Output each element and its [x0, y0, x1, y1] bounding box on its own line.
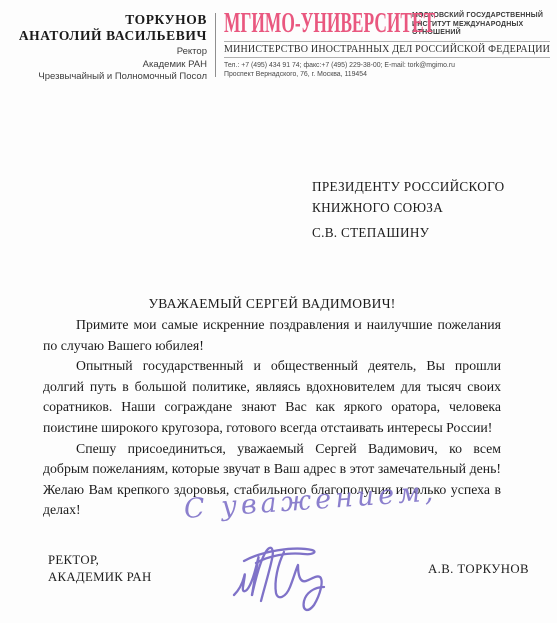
signer-position: РЕКТОР, АКАДЕМИК РАН [48, 552, 151, 586]
letterhead-vertical-divider [215, 13, 216, 77]
signature-icon [228, 537, 348, 617]
contacts-line: Тел.: +7 (495) 434 91 74; факс:+7 (495) … [224, 61, 550, 71]
recipient-line-1: ПРЕЗИДЕНТУ РОССИЙСКОГО [312, 176, 505, 197]
sender-title-rector: Ректор [0, 46, 207, 59]
body-paragraph-2: Опытный государственный и общественный д… [43, 356, 501, 438]
sender-title-academician: Академик РАН [0, 59, 207, 72]
signature-scribble [228, 537, 348, 622]
address-line: Проспект Вернадского, 76, г. Москва, 119… [224, 70, 550, 80]
recipient-block: ПРЕЗИДЕНТУ РОССИЙСКОГО КНИЖНОГО СОЮЗА С.… [312, 176, 505, 243]
signer-name: А.В. ТОРКУНОВ [428, 562, 529, 577]
contact-block: Тел.: +7 (495) 434 91 74; факс:+7 (495) … [224, 61, 550, 80]
signer-position-line-2: АКАДЕМИК РАН [48, 569, 151, 586]
ministry-line: МИНИСТЕРСТВО ИНОСТРАННЫХ ДЕЛ РОССИЙСКОЙ … [224, 42, 550, 57]
sender-titles: Ректор Академик РАН Чрезвычайный и Полно… [0, 46, 207, 84]
salutation: УВАЖАЕМЫЙ СЕРГЕЙ ВАДИМОВИЧ! [43, 296, 501, 312]
sender-block: ТОРКУНОВ АНАТОЛИЙ ВАСИЛЬЕВИЧ Ректор Акад… [0, 12, 207, 84]
mgimo-logo: МГИМО-УНИВЕРСИТЕТ [224, 10, 402, 37]
body-paragraph-1: Примите мои самые искренние поздравления… [43, 315, 501, 356]
mgimo-logo-text: МГИМО-УНИВЕРСИТЕТ [224, 10, 435, 37]
signer-position-line-1: РЕКТОР, [48, 552, 151, 569]
sender-surname: ТОРКУНОВ [0, 12, 207, 28]
sender-title-ambassador: Чрезвычайный и Полномочный Посол [0, 71, 207, 84]
letter-page: ТОРКУНОВ АНАТОЛИЙ ВАСИЛЬЕВИЧ Ректор Акад… [0, 0, 557, 623]
recipient-name: С.В. СТЕПАШИНУ [312, 222, 505, 243]
sender-name-patronymic: АНАТОЛИЙ ВАСИЛЬЕВИЧ [0, 28, 207, 44]
logo-row: МГИМО-УНИВЕРСИТЕТ МОСКОВСКИЙ ГОСУДАРСТВЕ… [224, 10, 550, 38]
brand-block: МГИМО-УНИВЕРСИТЕТ МОСКОВСКИЙ ГОСУДАРСТВЕ… [224, 10, 550, 80]
recipient-line-2: КНИЖНОГО СОЮЗА [312, 197, 505, 218]
letterhead-rule-bottom [224, 57, 550, 58]
